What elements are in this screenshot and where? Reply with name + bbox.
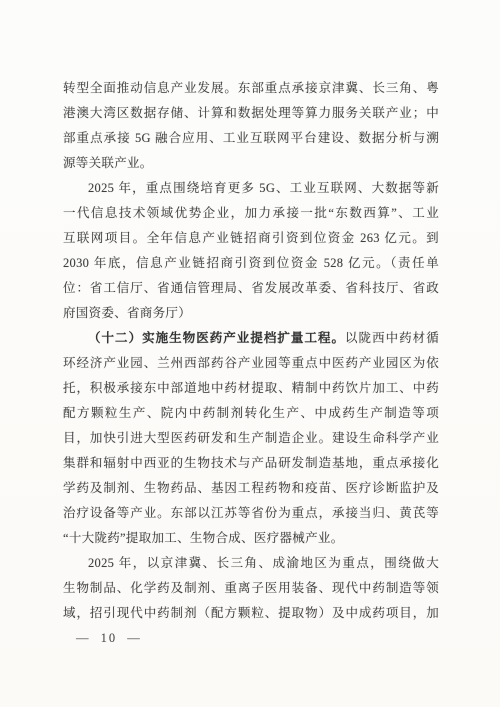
body-text: 部重点承接 5G 融合应用、工业互联网平台建设、数据分析与溯 <box>63 131 439 145</box>
text-line: 一代信息技术领域优势企业，加力承接一批“东数西算”、工业 <box>63 201 439 226</box>
body-text: 2025 年，重点围绕培育更多 5G、工业互联网、大数据等新 <box>88 181 439 195</box>
body-text: 以陇西中药材循 <box>345 331 439 345</box>
text-line: 2025 年，重点围绕培育更多 5G、工业互联网、大数据等新 <box>63 176 439 201</box>
text-line: （十二）实施生物医药产业提档扩量工程。以陇西中药材循 <box>63 326 439 351</box>
text-line: 2030 年底，信息产业链招商引资到位资金 528 亿元。（责任单 <box>63 251 439 276</box>
body-text: 生物制品、化学药及制剂、重离子医用装备、现代中药制造等领 <box>63 581 439 595</box>
text-line: 治疗设备等产业。东部以江苏等省份为重点，承接当归、黄芪等 <box>63 501 439 526</box>
text-line: 配方颗粒生产、院内中药制剂转化生产、中成药生产制造等项 <box>63 401 439 426</box>
body-text: 转型全面推动信息产业发展。东部重点承接京津冀、长三角、粤 <box>63 81 439 95</box>
text-line: 生物制品、化学药及制剂、重离子医用装备、现代中药制造等领 <box>63 576 439 601</box>
text-line: 部重点承接 5G 融合应用、工业互联网平台建设、数据分析与溯 <box>63 126 439 151</box>
body-text: 位：省工信厅、省通信管理局、省发展改革委、省科技厅、省政 <box>63 281 439 295</box>
body-text: 2025 年，以京津冀、长三角、成渝地区为重点，围绕做大 <box>88 556 439 570</box>
body-text: 托，积极承接东中部道地中药材提取、精制中药饮片加工、中药 <box>63 381 439 395</box>
body-text: 环经济产业园、兰州西部药谷产业园等重点中医药产业园区为依 <box>63 356 439 370</box>
text-line: 互联网项目。全年信息产业链招商引资到位资金 263 亿元。到 <box>63 226 439 251</box>
body-text: 府国资委、省商务厅） <box>63 306 191 320</box>
text-block: 转型全面推动信息产业发展。东部重点承接京津冀、长三角、粤港澳大湾区数据存储、计算… <box>63 76 439 626</box>
body-text: 港澳大湾区数据存储、计算和数据处理等算力服务关联产业；中 <box>63 106 439 120</box>
text-line: 2025 年，以京津冀、长三角、成渝地区为重点，围绕做大 <box>63 551 439 576</box>
text-line: 域，招引现代中药制剂（配方颗粒、提取物）及中成药项目，加 <box>63 601 439 626</box>
body-text: 2030 年底，信息产业链招商引资到位资金 528 亿元。（责任单 <box>63 256 439 270</box>
body-text: 治疗设备等产业。东部以江苏等省份为重点，承接当归、黄芪等 <box>63 506 439 520</box>
text-line: 学药及制剂、生物药品、基因工程药物和疫苗、医疗诊断监护及 <box>63 476 439 501</box>
text-line: 府国资委、省商务厅） <box>63 301 439 326</box>
text-line: 环经济产业园、兰州西部药谷产业园等重点中医药产业园区为依 <box>63 351 439 376</box>
document-page: 转型全面推动信息产业发展。东部重点承接京津冀、长三角、粤港澳大湾区数据存储、计算… <box>0 0 500 707</box>
body-text: 互联网项目。全年信息产业链招商引资到位资金 263 亿元。到 <box>63 231 439 245</box>
body-text: 学药及制剂、生物药品、基因工程药物和疫苗、医疗诊断监护及 <box>63 481 439 495</box>
body-text: 源等关联产业。 <box>63 156 153 170</box>
body-text: 一代信息技术领域优势企业，加力承接一批“东数西算”、工业 <box>63 206 439 220</box>
page-number: — 10 — <box>76 628 142 648</box>
text-line: 位：省工信厅、省通信管理局、省发展改革委、省科技厅、省政 <box>63 276 439 301</box>
body-text: “十大陇药”提取加工、生物合成、医疗器械产业。 <box>63 531 344 545</box>
text-line: “十大陇药”提取加工、生物合成、医疗器械产业。 <box>63 526 439 551</box>
body-text: 域，招引现代中药制剂（配方颗粒、提取物）及中成药项目，加 <box>63 606 439 620</box>
body-text: 配方颗粒生产、院内中药制剂转化生产、中成药生产制造等项 <box>63 406 439 420</box>
text-line: 转型全面推动信息产业发展。东部重点承接京津冀、长三角、粤 <box>63 76 439 101</box>
section-heading-text: （十二）实施生物医药产业提档扩量工程。 <box>88 331 345 345</box>
text-line: 集群和辐射中西亚的生物技术与产品研发制造基地，重点承接化 <box>63 451 439 476</box>
body-text: 目，加快引进大型医药研发和生产制造企业。建设生命科学产业 <box>63 431 439 445</box>
text-line: 托，积极承接东中部道地中药材提取、精制中药饮片加工、中药 <box>63 376 439 401</box>
text-line: 目，加快引进大型医药研发和生产制造企业。建设生命科学产业 <box>63 426 439 451</box>
text-line: 港澳大湾区数据存储、计算和数据处理等算力服务关联产业；中 <box>63 101 439 126</box>
text-line: 源等关联产业。 <box>63 151 439 176</box>
body-text: 集群和辐射中西亚的生物技术与产品研发制造基地，重点承接化 <box>63 456 439 470</box>
